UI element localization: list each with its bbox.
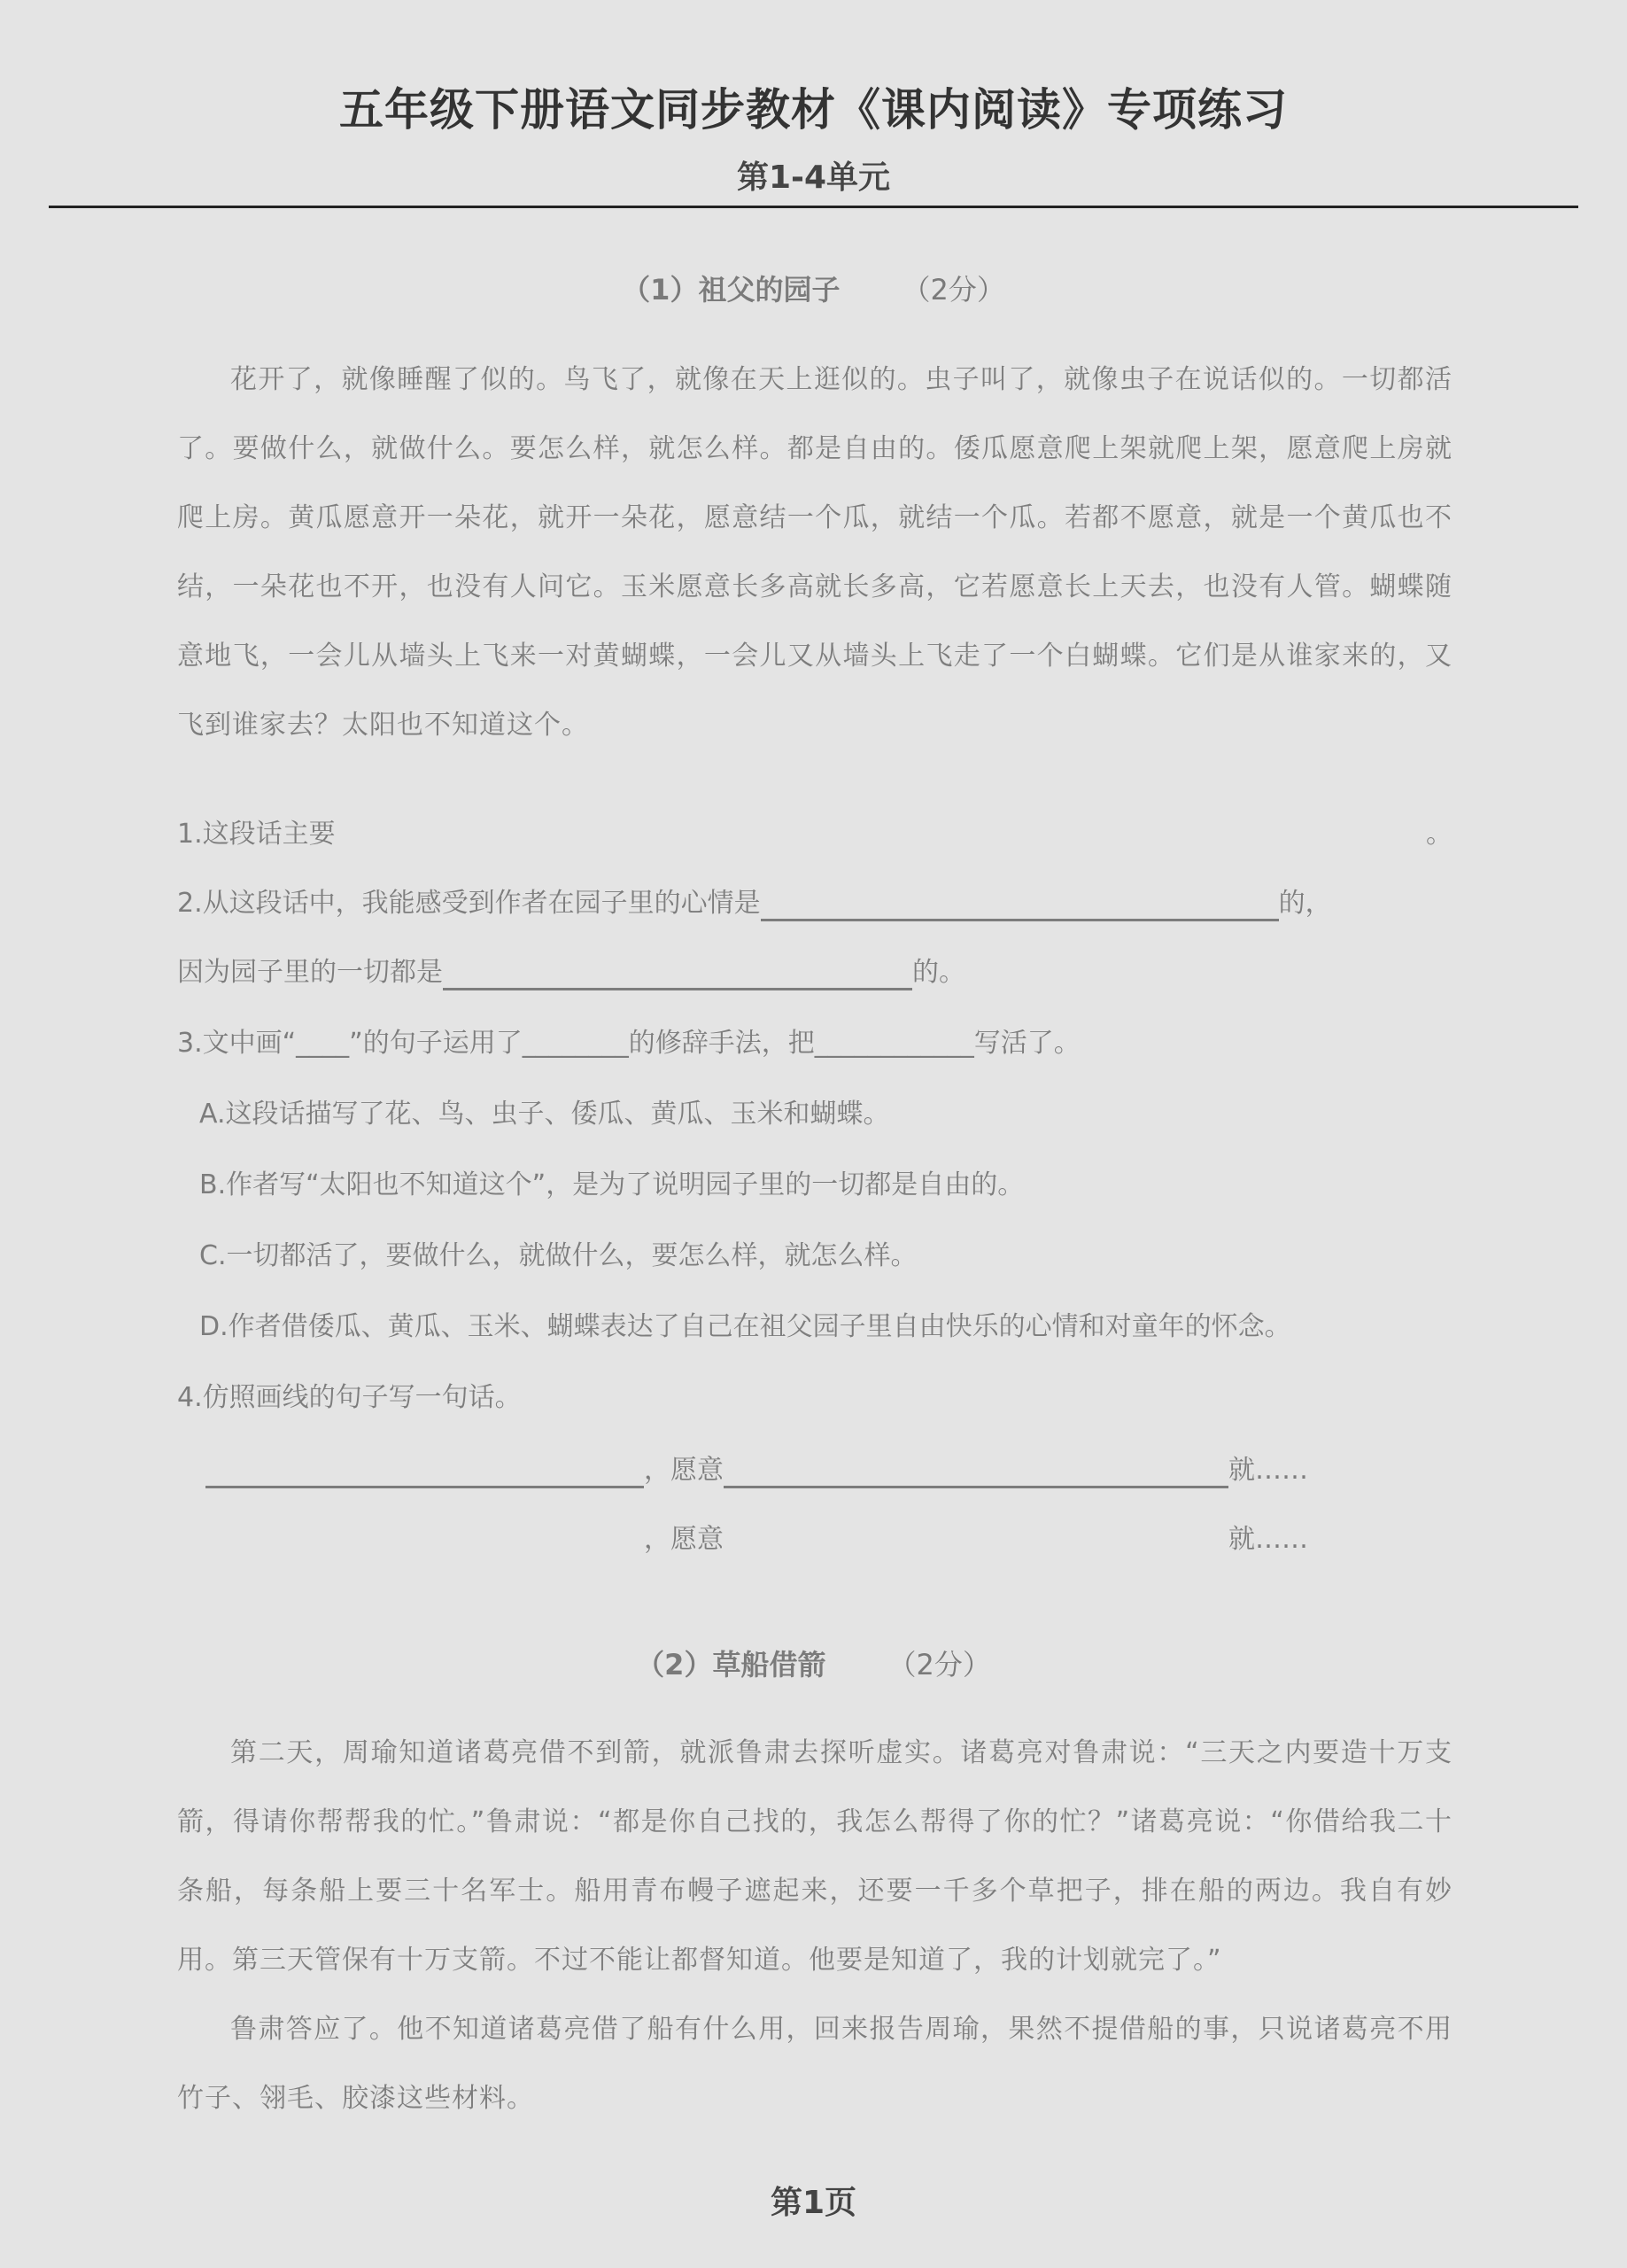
question-text: 1.这段话主要 <box>177 819 336 850</box>
question-end-mark: 。 <box>1426 817 1453 852</box>
question-text: 的， <box>1279 888 1332 919</box>
section-heading-2: （2）草船借箭（2分） <box>0 1643 1627 1683</box>
passage-paragraph: 第二天，周瑜知道诸葛亮借不到箭，就派鲁肃去探听虚实。诸葛亮对鲁肃说：“三天之内要… <box>177 1719 1453 1995</box>
option-c: C.一切都活了，要做什么，就做什么，要怎么样，就怎么样。 <box>199 1239 1475 1274</box>
answer-blank[interactable] <box>205 1456 644 1488</box>
header-divider <box>49 206 1578 208</box>
question-3: 3.文中画“____”的句子运用了________的修辞手法，把________… <box>177 1026 1453 1061</box>
answer-blank[interactable] <box>761 889 1279 921</box>
question-1: 1.这段话主要 。 <box>177 817 1453 852</box>
question-4: 4.仿照画线的句子写一句话。 <box>177 1380 1453 1416</box>
option-d: D.作者借倭瓜、黄瓜、玉米、蝴蝶表达了自己在祖父园子里自由快乐的心情和对童年的怀… <box>199 1309 1475 1345</box>
page-number: 第1页 <box>0 2178 1627 2223</box>
section-score: （2分） <box>902 273 1004 307</box>
option-a: A.这段话描写了花、鸟、虫子、倭瓜、黄瓜、玉米和蝴蝶。 <box>199 1097 1475 1132</box>
question-4-line-1: ，愿意就…… <box>205 1453 1481 1488</box>
page-title: 五年级下册语文同步教材《课内阅读》专项练习 <box>0 74 1627 138</box>
question-text: ，愿意 <box>644 1524 724 1555</box>
passage-2: 第二天，周瑜知道诸葛亮借不到箭，就派鲁肃去探听虚实。诸葛亮对鲁肃说：“三天之内要… <box>177 1719 1453 2117</box>
question-2: 2.从这段话中，我能感受到作者在园子里的心情是的， <box>177 886 1453 921</box>
section-score: （2分） <box>887 1648 990 1682</box>
section-title: （2）草船借箭 <box>636 1648 825 1682</box>
passage-1: 花开了，就像睡醒了似的。鸟飞了，就像在天上逛似的。虫子叫了，就像虫子在说话似的。… <box>177 346 1453 753</box>
question-2b: 因为园子里的一切都是的。 <box>177 955 1453 990</box>
passage-paragraph: 鲁肃答应了。他不知道诸葛亮借了船有什么用，回来报告周瑜，果然不提借船的事，只说诸… <box>177 1995 1453 2117</box>
section-title: （1）祖父的园子 <box>622 273 840 307</box>
question-text: 就…… <box>1228 1455 1308 1486</box>
answer-blank[interactable] <box>443 958 912 990</box>
question-text: 就…… <box>1228 1524 1308 1555</box>
question-text: 2.从这段话中，我能感受到作者在园子里的心情是 <box>177 888 761 919</box>
question-4-line-2: ，愿意就…… <box>205 1522 1481 1557</box>
question-text: ，愿意 <box>644 1455 724 1486</box>
page-subtitle: 第1-4单元 <box>0 152 1627 198</box>
question-text: 的。 <box>912 957 965 988</box>
option-b: B.作者写“太阳也不知道这个”，是为了说明园子里的一切都是自由的。 <box>199 1168 1475 1203</box>
question-text: 因为园子里的一切都是 <box>177 957 443 988</box>
section-heading-1: （1）祖父的园子（2分） <box>0 268 1627 308</box>
passage-paragraph: 花开了，就像睡醒了似的。鸟飞了，就像在天上逛似的。虫子叫了，就像虫子在说话似的。… <box>177 346 1453 753</box>
answer-blank[interactable] <box>724 1456 1228 1488</box>
